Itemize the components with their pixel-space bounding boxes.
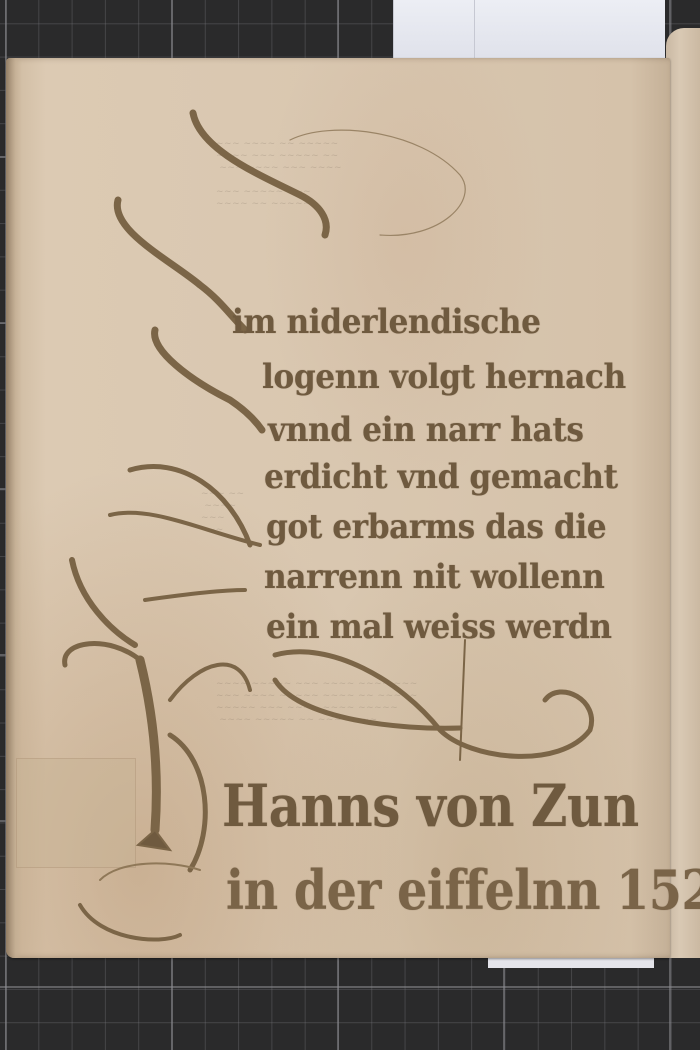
title-line-5: got erbarms das die [266,507,606,547]
slip-fold [474,0,475,62]
title-line-4: erdicht vnd gemacht [264,457,618,497]
bleed-through-text: ~~~~ ~~~~~ ~~~ ~~~~ ~~~~ ~~~ ~~~ ~~~~ ~~… [216,678,418,726]
adjacent-page-edge [666,28,700,958]
title-line-7: ein mal weiss werdn [266,607,612,647]
title-line-3: vnnd ein narr hats [268,410,583,450]
paper-slip-top [393,0,665,62]
paper-repair-patch [16,758,136,868]
date-line: in der eiffelnn 1529 [226,858,700,922]
title-line-1: im niderlendische [232,302,541,342]
title-line-2: logenn volgt hernach [262,357,626,397]
signature-line: Hanns von Zun [222,772,639,840]
bleed-through-text: ~~~ ~~~~ ~~ ~~~~~ ~~~~ ~~~ ~~~~~ ~~ ~~~ … [216,138,342,210]
bleed-through-text: ~~~ ~~ ~~~~ ~~~ ~~ [201,488,245,536]
title-line-6: narrenn nit wollenn [264,557,604,597]
